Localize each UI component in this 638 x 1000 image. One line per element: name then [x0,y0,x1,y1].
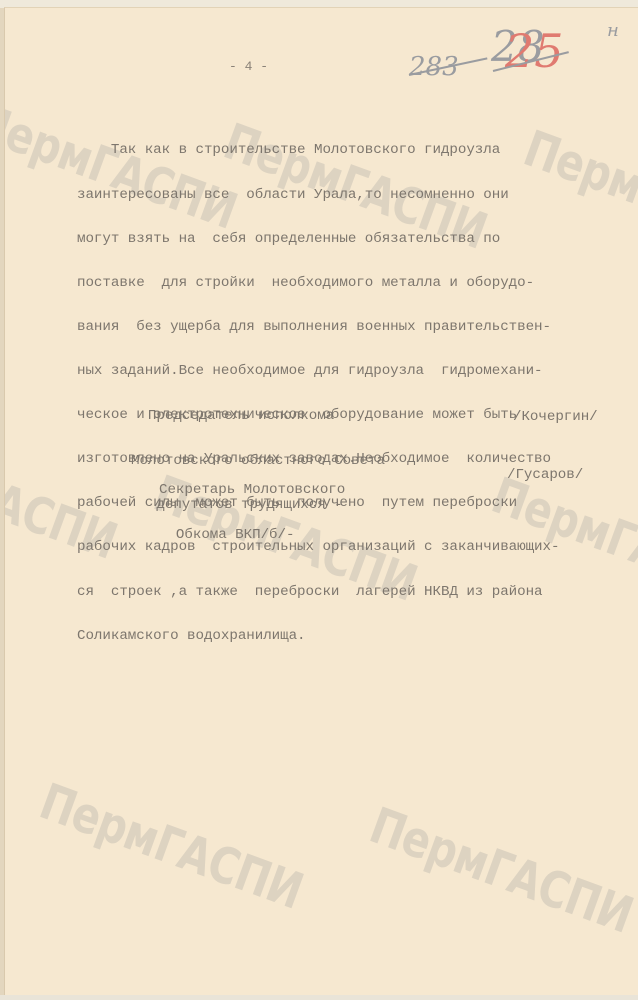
body-line: могут взять на себя определенные обязате… [77,232,559,247]
watermark: ПермГАСПИ [34,776,309,917]
signature-title-line: Обкома ВКП/б/- [159,528,345,543]
body-line: Соликамского водохранилища. [77,629,559,644]
body-line: ных заданий.Все необходимое для гидроузл… [77,364,559,379]
body-line: ся строек ,а также переброски лагерей НК… [77,585,559,600]
signature-name-gusarov: /Гусаров/ [507,468,583,483]
signature-title-line: Секретарь Молотовского [159,483,345,498]
body-line: поставке для стройки необходимого металл… [77,276,559,291]
body-line: заинтересованы все области Урала,то несо… [77,188,559,203]
watermark: ПермГАСПИ [364,800,638,941]
signature-name-kochergin: /Кочергин/ [513,410,598,425]
page-number: - 4 - [229,59,268,74]
document-page: ПермГАСПИ ПермГАСПИ ПермГАСПИ ПермГАСПИ … [4,7,638,996]
signature-title-secretary: Секретарь Молотовского Обкома ВКП/б/- [159,454,345,572]
scan-background-bottom [0,995,638,1000]
folio-corner-mark: н [607,20,619,41]
body-line: вания без ущерба для выполнения военных … [77,320,559,335]
folio-red-number: 25 [505,24,564,78]
signature-title-line: Председатель исполкома [131,409,385,424]
body-line: Так как в строительстве Молотовского гид… [77,143,559,158]
